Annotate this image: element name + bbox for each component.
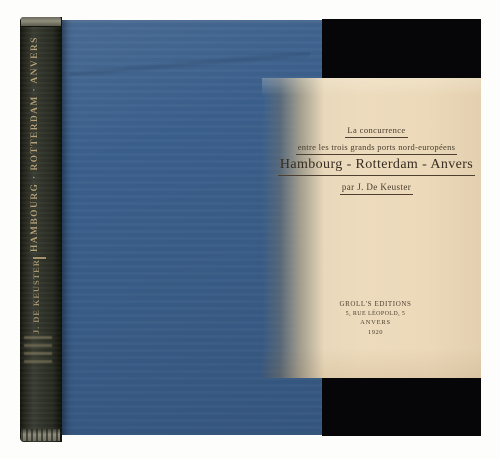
imprint-publisher: GROLL'S EDITIONS <box>270 300 481 308</box>
spine-title: HAMBOURG · ROTTERDAM · ANVERS <box>30 36 40 252</box>
byline-text: par J. De Keuster <box>340 182 413 195</box>
series-line-2-text: entre les trois grands ports nord-europé… <box>296 142 458 155</box>
book-title-text: Hambourg - Rotterdam - Anvers <box>278 157 475 176</box>
cover-cloth-wrinkle <box>70 52 310 76</box>
byline: par J. De Keuster <box>262 182 481 195</box>
imprint-block: GROLL'S EDITIONS 5, RUE LÉOPOLD, 5 ANVER… <box>262 300 481 338</box>
book-spine <box>20 17 62 442</box>
spine-author: J. DE KEUSTER <box>31 259 41 334</box>
imprint-address: 5, RUE LÉOPOLD, 5 <box>270 311 481 317</box>
series-line-2: entre les trois grands ports nord-europé… <box>262 142 481 155</box>
series-line-1-text: La concurrence <box>345 125 407 138</box>
spine-tailband <box>21 429 60 441</box>
faded-library-stamp-icon <box>24 336 52 368</box>
spine-headcap <box>21 17 61 27</box>
book-title: Hambourg - Rotterdam - Anvers <box>262 157 481 176</box>
imprint-year: 1920 <box>270 329 481 336</box>
book-photograph: HAMBOURG · ROTTERDAM · ANVERS J. DE KEUS… <box>0 0 500 459</box>
imprint-city: ANVERS <box>270 319 481 326</box>
title-page: La concurrence entre les trois grands po… <box>262 78 481 378</box>
series-line-1: La concurrence <box>262 125 481 138</box>
